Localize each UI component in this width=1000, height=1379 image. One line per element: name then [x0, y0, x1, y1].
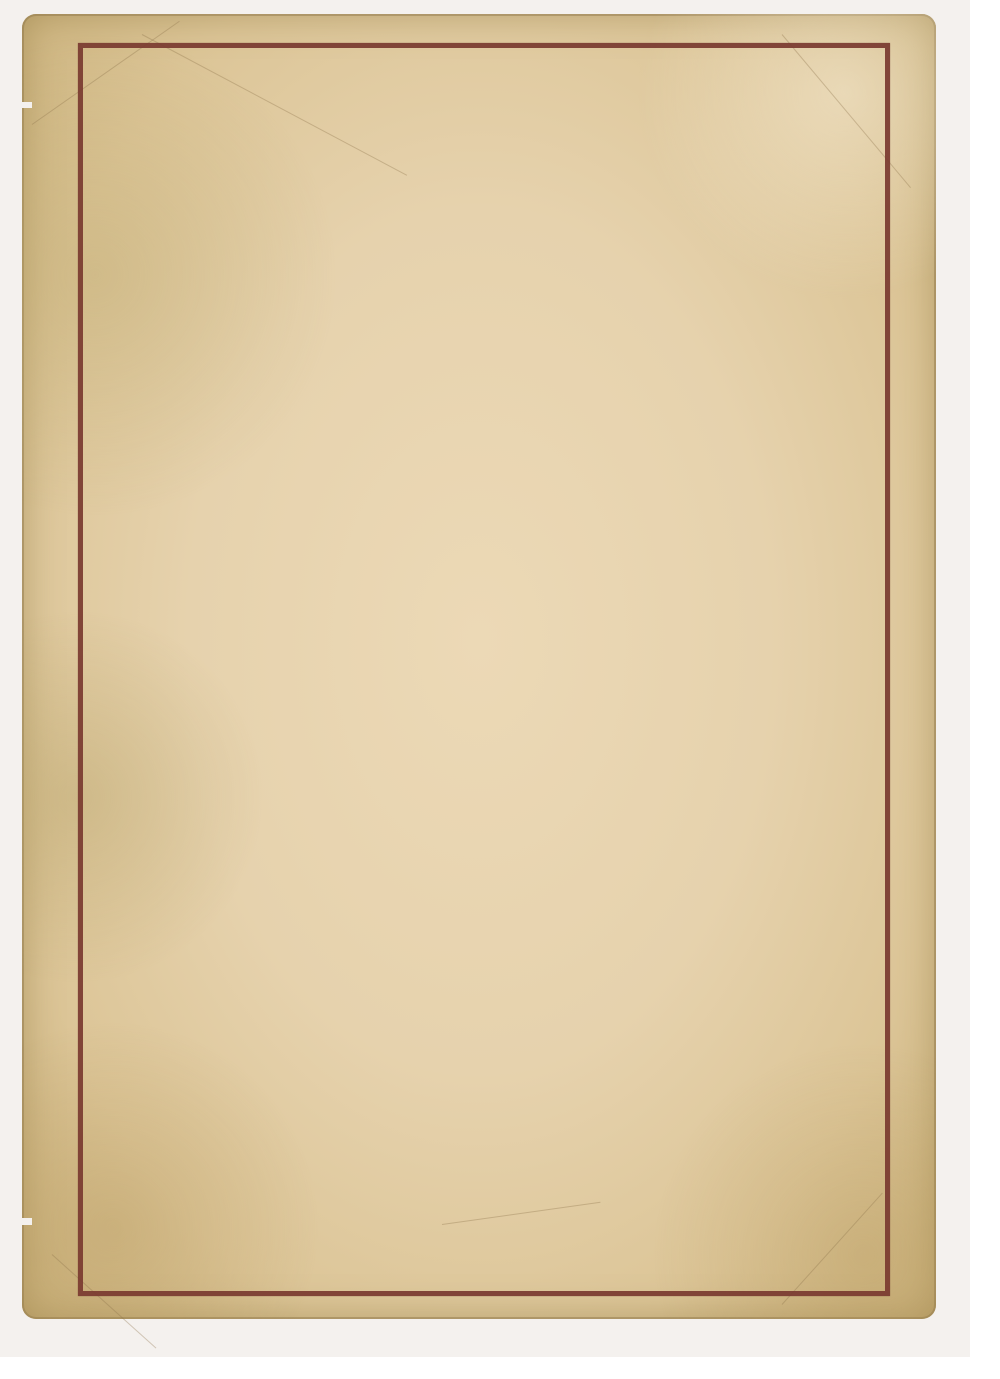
- torn-edge: [18, 102, 32, 108]
- torn-edge: [18, 1218, 32, 1225]
- decorative-border-frame: [78, 43, 890, 1296]
